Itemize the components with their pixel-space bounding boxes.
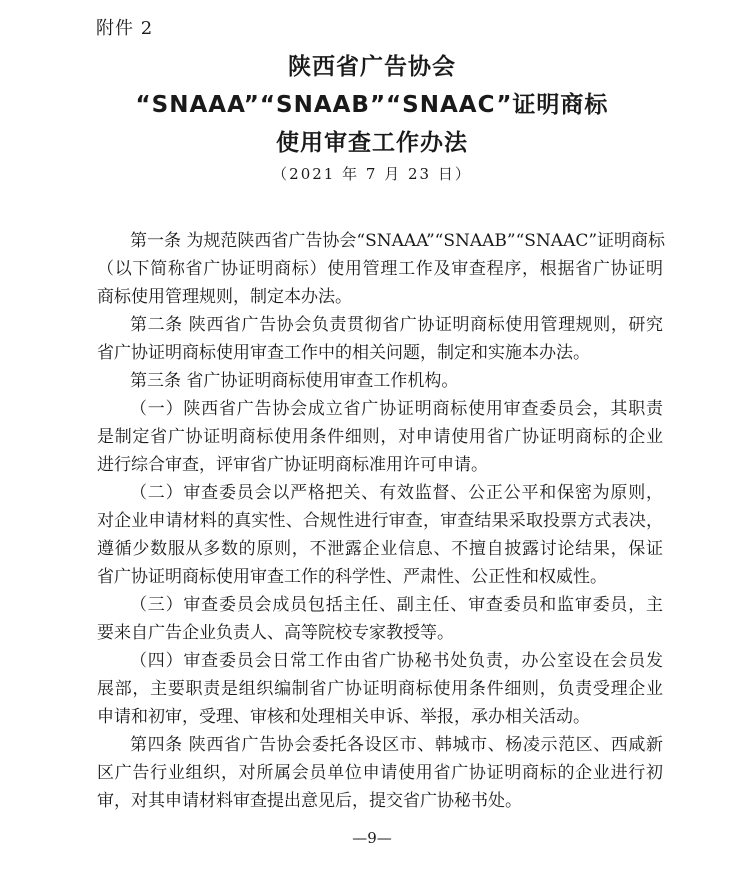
- title-line-2: “SNAAA”“SNAAB”“SNAAC”证明商标: [0, 86, 744, 119]
- document-date: （2021 年 7 月 23 日）: [0, 163, 744, 184]
- title-line-1: 陕西省广告协会: [0, 48, 744, 81]
- body-text-line: （二）审查委员会以严格把关、有效监督、公正公平和保密为原则，: [97, 479, 663, 507]
- body-text-line: 第一条 为规范陕西省广告协会“SNAAA”“SNAAB”“SNAAC”证明商标: [97, 227, 663, 255]
- body-text-line: 省广协证明商标使用审查工作中的相关问题，制定和实施本办法。: [97, 339, 663, 367]
- body-text-line: 省广协证明商标使用审查工作的科学性、严肃性、公正性和权威性。: [97, 563, 663, 591]
- body-text-line: 遵循少数服从多数的原则，不泄露企业信息、不擅自披露讨论结果，保证: [97, 535, 663, 563]
- body-text-line: 第二条 陕西省广告协会负责贯彻省广协证明商标使用管理规则，研究: [97, 311, 663, 339]
- title-line-3: 使用审查工作办法: [0, 124, 744, 157]
- body-text-line: 进行综合审查，评审省广协证明商标准用许可申请。: [97, 451, 663, 479]
- body-text-line: 要来自广告企业负责人、高等院校专家教授等。: [97, 619, 663, 647]
- attachment-label: 附件 2: [96, 14, 153, 40]
- page-number: —9—: [0, 829, 744, 847]
- body-text-line: 第四条 陕西省广告协会委托各设区市、韩城市、杨凌示范区、西咸新: [97, 731, 663, 759]
- body-text-line: 对企业申请材料的真实性、合规性进行审查，审查结果采取投票方式表决，: [97, 507, 663, 535]
- document-body: 第一条 为规范陕西省广告协会“SNAAA”“SNAAB”“SNAAC”证明商标（…: [97, 227, 663, 815]
- body-text-line: 申请和初审，受理、审核和处理相关申诉、举报，承办相关活动。: [97, 703, 663, 731]
- body-text-line: （以下简称省广协证明商标）使用管理工作及审查程序，根据省广协证明: [97, 255, 663, 283]
- body-text-line: （四）审查委员会日常工作由省广协秘书处负责，办公室设在会员发: [97, 647, 663, 675]
- body-text-line: 审，对其申请材料审查提出意见后，提交省广协秘书处。: [97, 787, 663, 815]
- body-text-line: （三）审查委员会成员包括主任、副主任、审查委员和监审委员，主: [97, 591, 663, 619]
- body-text-line: 区广告行业组织，对所属会员单位申请使用省广协证明商标的企业进行初: [97, 759, 663, 787]
- body-text-line: （一）陕西省广告协会成立省广协证明商标使用审查委员会，其职责: [97, 395, 663, 423]
- body-text-line: 是制定省广协证明商标使用条件细则，对申请使用省广协证明商标的企业: [97, 423, 663, 451]
- body-text-line: 展部，主要职责是组织编制省广协证明商标使用条件细则，负责受理企业: [97, 675, 663, 703]
- body-text-line: 第三条 省广协证明商标使用审查工作机构。: [97, 367, 663, 395]
- body-text-line: 商标使用管理规则，制定本办法。: [97, 283, 663, 311]
